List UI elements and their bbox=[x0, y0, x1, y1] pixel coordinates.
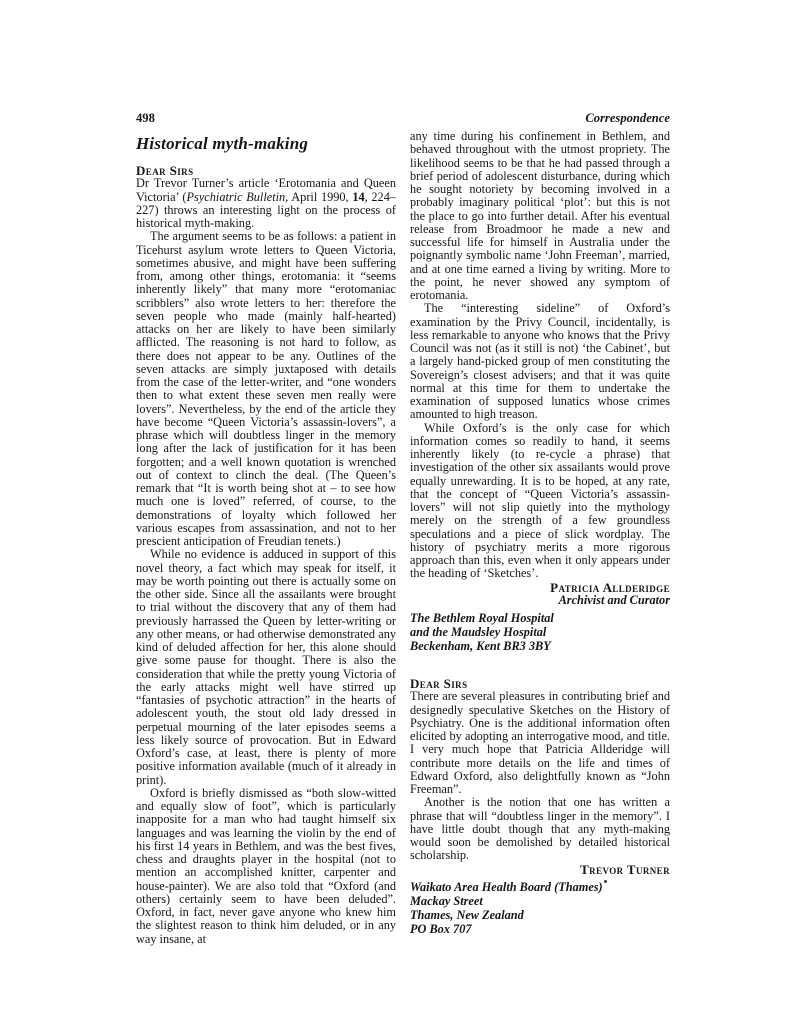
right-column: any time during his confinement in Bethl… bbox=[410, 130, 670, 936]
ink-speck bbox=[604, 880, 607, 883]
spacer bbox=[410, 653, 670, 677]
signature-role: Archivist and Curator bbox=[410, 594, 670, 607]
text-run: While Oxford’s is the only case for whic… bbox=[410, 421, 670, 581]
paragraph: While no evidence is adduced in support … bbox=[136, 548, 396, 787]
left-column: Historical myth-making Dear SirsDr Trevo… bbox=[136, 135, 396, 946]
address-line: Mackay Street bbox=[410, 894, 670, 908]
text-run: The “interesting sideline” of Oxford’s e… bbox=[410, 301, 670, 421]
address-line: Waikato Area Health Board (Thames) bbox=[410, 880, 670, 894]
address-block: The Bethlem Royal Hospitaland the Maudsl… bbox=[410, 611, 670, 653]
text-run: The argument seems to be as follows: a p… bbox=[136, 229, 396, 548]
running-head-title: Correspondence bbox=[585, 112, 670, 125]
address-block: Waikato Area Health Board (Thames)Mackay… bbox=[410, 880, 670, 936]
paragraph: The “interesting sideline” of Oxford’s e… bbox=[410, 302, 670, 421]
paragraph: While Oxford’s is the only case for whic… bbox=[410, 422, 670, 581]
address-line: Thames, New Zealand bbox=[410, 908, 670, 922]
running-header: 498 Correspondence bbox=[136, 112, 670, 125]
address-line: The Bethlem Royal Hospital bbox=[410, 611, 670, 625]
bold-text-run: 14 bbox=[352, 190, 364, 204]
address-line: and the Maudsley Hospital bbox=[410, 625, 670, 639]
text-run: April 1990, bbox=[288, 190, 352, 204]
text-run: While no evidence is adduced in support … bbox=[136, 547, 396, 786]
right-column-blocks: any time during his confinement in Bethl… bbox=[410, 130, 670, 936]
text-run: Another is the notion that one has writt… bbox=[410, 795, 670, 862]
italic-text-run: Psychiatric Bulletin, bbox=[187, 190, 289, 204]
signature-name: Trevor Turner bbox=[410, 863, 670, 876]
address-line: Beckenham, Kent BR3 3BY bbox=[410, 639, 670, 653]
paragraph: There are several pleasures in contribut… bbox=[410, 690, 670, 796]
article-title: Historical myth-making bbox=[136, 135, 396, 153]
salutation: Dear Sirs bbox=[136, 164, 396, 177]
address-line: PO Box 707 bbox=[410, 922, 670, 936]
text-run: There are several pleasures in contribut… bbox=[410, 689, 670, 796]
text-run: Oxford is briefly dismissed as “both slo… bbox=[136, 786, 396, 946]
paragraph: Another is the notion that one has writt… bbox=[410, 796, 670, 862]
paragraph: any time during his confinement in Bethl… bbox=[410, 130, 670, 302]
signature-name: Patricia Allderidge bbox=[410, 581, 670, 594]
paragraph: The argument seems to be as follows: a p… bbox=[136, 230, 396, 548]
text-run: any time during his confinement in Bethl… bbox=[410, 129, 670, 302]
journal-page: 498 Correspondence Historical myth-makin… bbox=[0, 0, 800, 1036]
page-number: 498 bbox=[136, 112, 155, 125]
left-column-blocks: Dear SirsDr Trevor Turner’s article ‘Ero… bbox=[136, 164, 396, 946]
paragraph: Oxford is briefly dismissed as “both slo… bbox=[136, 787, 396, 946]
salutation: Dear Sirs bbox=[410, 677, 670, 690]
paragraph: Dr Trevor Turner’s article ‘Erotomania a… bbox=[136, 177, 396, 230]
